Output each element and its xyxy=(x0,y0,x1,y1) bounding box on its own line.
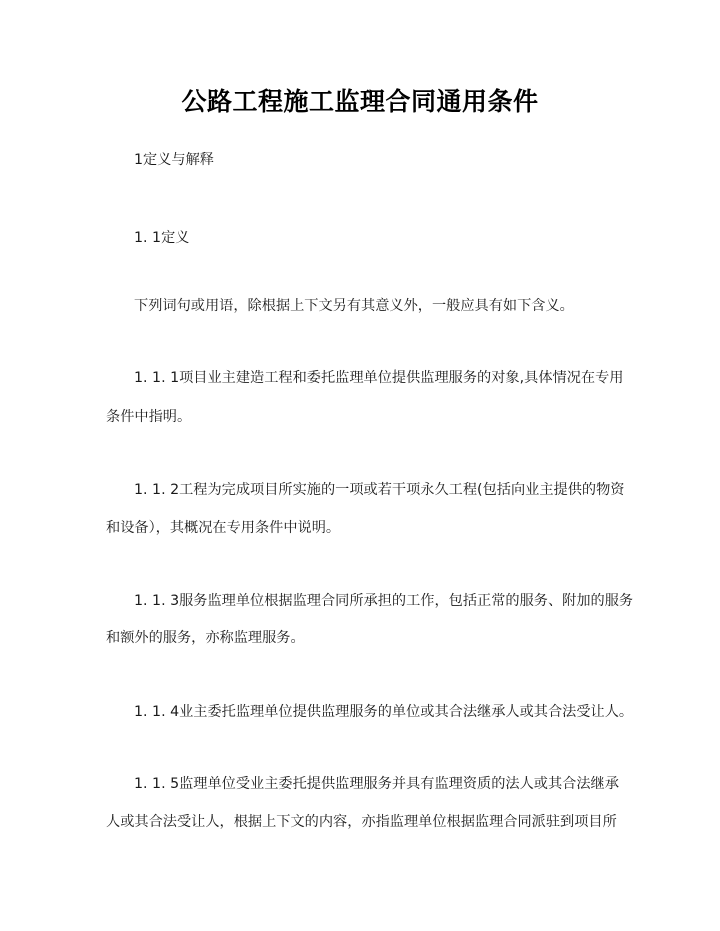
clause-1-1-1-line-2: 条件中指明。 xyxy=(106,407,191,427)
section-heading-1: 1定义与解释 xyxy=(134,150,214,170)
clause-1-1-5-line-2: 人或其合法受让人，根据上下文的内容，亦指监理单位根据监理合同派驻到项目所 xyxy=(106,812,617,832)
clause-1-1-1-line-1: 1. 1. 1项目业主建造工程和委托监理单位提供监理服务的对象,具体情况在专用 xyxy=(134,368,623,388)
clause-1-1-5-line-1: 1. 1. 5监理单位受业主委托提供监理服务并具有监理资质的法人或其合法继承 xyxy=(134,774,619,794)
clause-1-1-4: 1. 1. 4业主委托监理单位提供监理服务的单位或其合法继承人或其合法受让人。 xyxy=(134,702,633,722)
intro-paragraph: 下列词句或用语，除根据上下文另有其意义外，一般应具有如下含义。 xyxy=(134,296,574,316)
clause-1-1-2-line-1: 1. 1. 2工程为完成项目所实施的一项或若干项永久工程(包括向业主提供的物资 xyxy=(134,480,624,500)
document-title: 公路工程施工监理合同通用条件 xyxy=(0,84,720,120)
clause-1-1-3-line-2: 和额外的服务，亦称监理服务。 xyxy=(106,628,305,648)
clause-1-1-2-line-2: 和设备），其概况在专用条件中说明。 xyxy=(106,518,340,538)
subsection-heading-1-1: 1. 1定义 xyxy=(134,228,189,248)
clause-1-1-3-line-1: 1. 1. 3服务监理单位根据监理合同所承担的工作，包括正常的服务、附加的服务 xyxy=(134,591,633,611)
document-page: 公路工程施工监理合同通用条件 1定义与解释 1. 1定义 下列词句或用语，除根据… xyxy=(0,0,720,931)
